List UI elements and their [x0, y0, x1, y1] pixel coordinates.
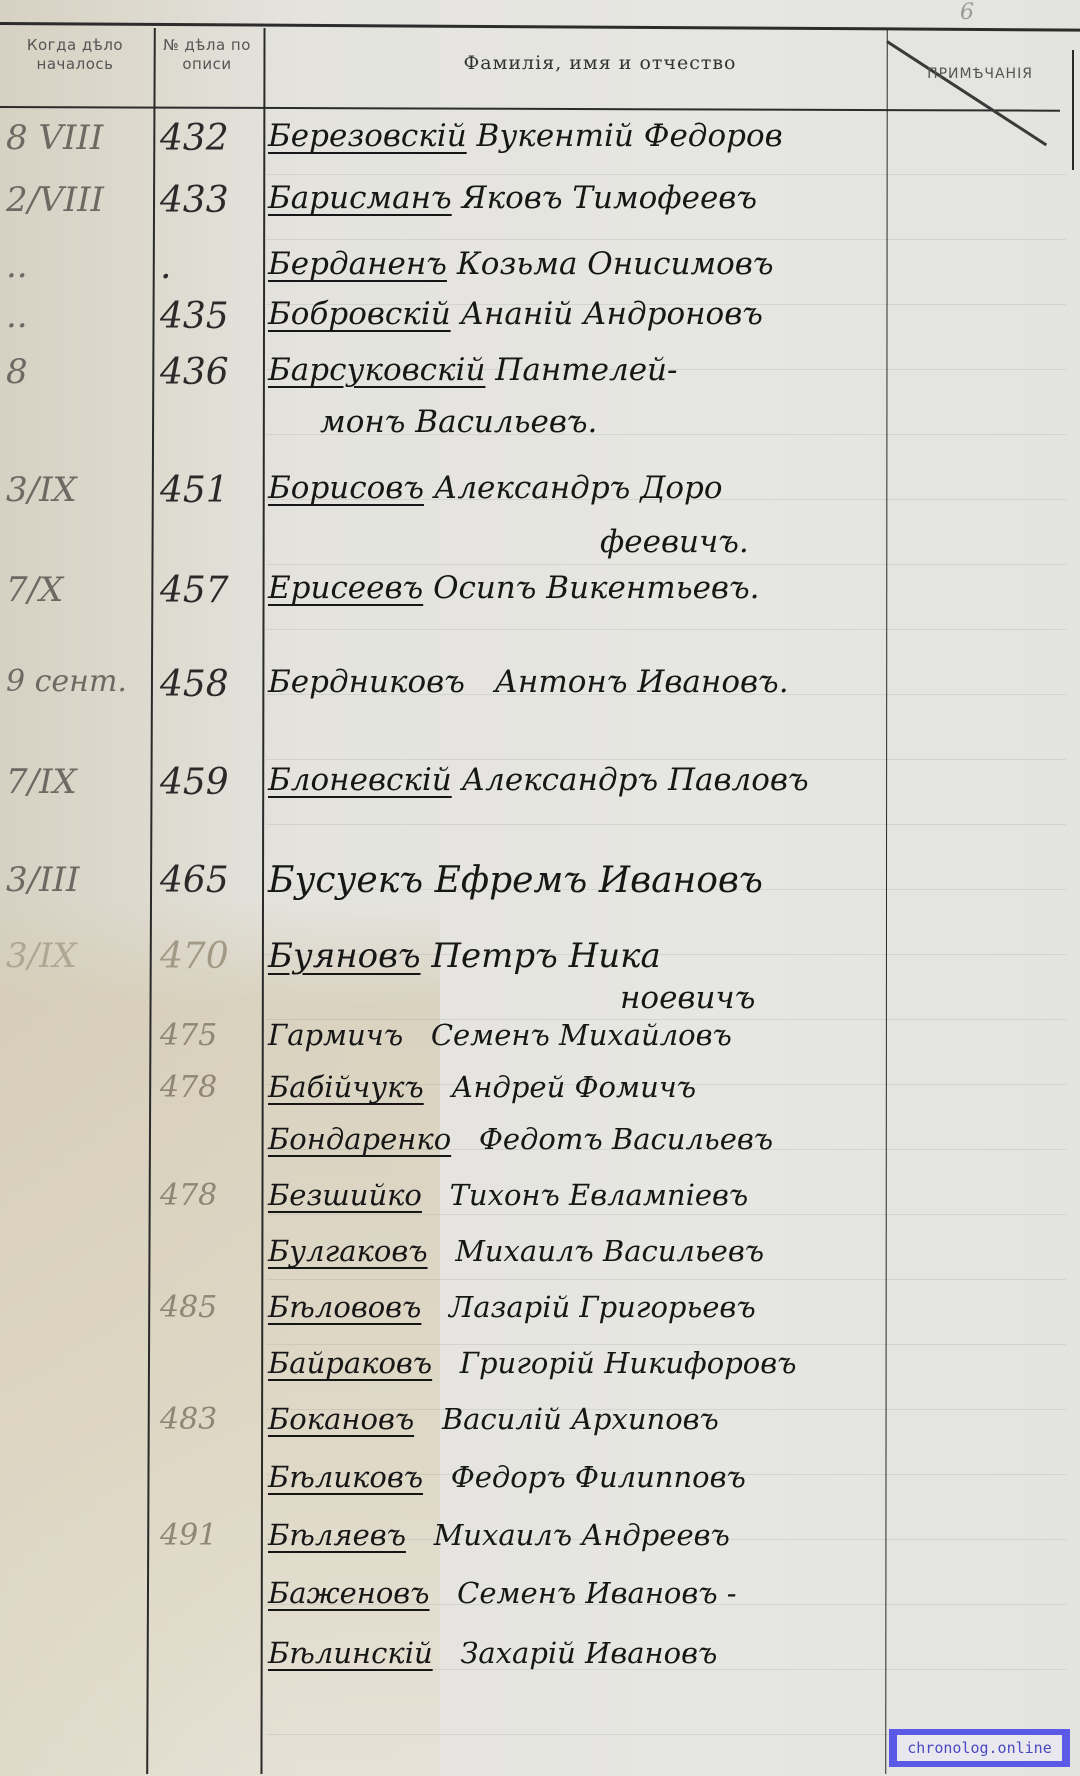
entry-given-name: Семенъ Михайловъ [431, 1018, 732, 1052]
entry-surname: Буяновъ [268, 936, 421, 976]
entry-case-no: 436 [160, 352, 270, 393]
entry-name: Бѣликовъ Федоръ Филипповъ [268, 1460, 746, 1494]
entry-given-name: Антонъ Ивановъ. [494, 664, 788, 700]
entry-name: Бобровскій Ананій Андроновъ [268, 296, 763, 332]
watermark-badge: chronolog.online [889, 1729, 1070, 1767]
entry-given-name: Михаилъ Андреевъ [434, 1518, 730, 1552]
entry-case-no: 433 [160, 180, 270, 221]
entry-date: 7/X [6, 570, 146, 610]
entry-case-no: 475 [160, 1018, 270, 1053]
entry-surname: Бѣликовъ [268, 1460, 423, 1494]
entry-given-name: Козьма Онисимовъ [457, 246, 774, 282]
entry-name: Бокановъ Василій Архиповъ [268, 1402, 719, 1436]
entry-given-name: Ефремъ Ивановъ [435, 860, 763, 901]
entry-surname: Барсуковскій [268, 352, 485, 388]
entry-given-name: Федоръ Филипповъ [451, 1460, 746, 1494]
entry-date: .. [6, 296, 146, 336]
entry-date: 2/VIII [6, 180, 146, 220]
entry-date: 3/IX [6, 936, 146, 976]
entry-name: Буяновъ Петръ Ника [268, 936, 661, 976]
entry-name: Березовскій Вукентій Федоров [268, 118, 783, 154]
entry-given-name: Петръ Ника [431, 936, 660, 976]
entry-case-no: 491 [160, 1518, 270, 1553]
header-top-rule [0, 22, 1080, 32]
entry-date: .. [6, 246, 146, 286]
entry-given-name: Василій Архиповъ [442, 1402, 719, 1436]
header-date: Когда дѣло началось [2, 36, 148, 74]
entry-case-no: 478 [160, 1070, 270, 1105]
entry-given-name: Яковъ Тимофеевъ [462, 180, 757, 216]
entry-surname: Гармичъ [268, 1018, 403, 1052]
entry-surname: Баженовъ [268, 1576, 430, 1610]
entry-name: Ерисеевъ Осипъ Викентьевъ. [268, 570, 760, 606]
entry-name: Бусуекъ Ефремъ Ивановъ [268, 860, 763, 901]
entry-case-no: . [160, 246, 270, 287]
entry-surname: Безшийко [268, 1178, 422, 1212]
entry-surname: Борисовъ [268, 470, 424, 506]
entry-name: Бондаренко Федотъ Васильевъ [268, 1122, 773, 1156]
entry-continuation: ноевичъ [620, 980, 755, 1016]
entry-given-name: Семенъ Ивановъ - [457, 1576, 736, 1610]
page-number: 6 [960, 0, 974, 25]
entry-date: 3/IX [6, 470, 146, 510]
entry-surname: Бѣлововъ [268, 1290, 421, 1324]
entry-case-no: 483 [160, 1402, 270, 1437]
entry-case-no: 458 [160, 664, 270, 705]
entry-surname: Берданенъ [268, 246, 447, 282]
entry-given-name: Михаилъ Васильевъ [455, 1234, 764, 1268]
entry-given-name: Федотъ Васильевъ [479, 1122, 773, 1156]
entry-surname: Барисманъ [268, 180, 452, 216]
entry-date: 3/III [6, 860, 146, 900]
entry-surname: Блоневскій [268, 762, 452, 798]
entry-case-no: 435 [160, 296, 270, 337]
entry-case-no: 457 [160, 570, 270, 611]
entry-name: Бѣлововъ Лазарій Григорьевъ [268, 1290, 756, 1324]
entry-surname: Бусуекъ [268, 860, 423, 901]
entry-given-name: Григорій Никифоровъ [460, 1346, 797, 1380]
entry-name: Бабійчукъ Андрей Фомичъ [268, 1070, 696, 1104]
header-case-no: № дѣла по описи [152, 36, 262, 74]
entry-date: 8 VIII [6, 118, 146, 158]
entry-case-no: 478 [160, 1178, 270, 1213]
entry-name: Байраковъ Григорій Никифоровъ [268, 1346, 796, 1380]
entry-case-no: 459 [160, 762, 270, 803]
entry-given-name: Пантелей- [495, 352, 677, 388]
entry-given-name: Ананій Андроновъ [461, 296, 763, 332]
entry-surname: Булгаковъ [268, 1234, 428, 1268]
entry-name: Бѣлинскій Захарій Ивановъ [268, 1636, 717, 1670]
entry-given-name: Вукентій Федоров [477, 118, 783, 154]
entry-name: Безшийко Тихонъ Евлампіевъ [268, 1178, 748, 1212]
entry-date: 7/IX [6, 762, 146, 802]
entry-case-no: 432 [160, 118, 270, 159]
entry-name: Борисовъ Александръ Доро [268, 470, 723, 506]
entry-continuation: феевичъ. [600, 524, 749, 560]
entry-name: Берданенъ Козьма Онисимовъ [268, 246, 774, 282]
entry-name: Барисманъ Яковъ Тимофеевъ [268, 180, 757, 216]
entry-name: Бѣляевъ Михаилъ Андреевъ [268, 1518, 730, 1552]
entry-name: Блоневскій Александръ Павловъ [268, 762, 809, 798]
entry-continuation: монъ Васильевъ. [320, 404, 597, 440]
entry-surname: Байраковъ [268, 1346, 432, 1380]
entry-surname: Бобровскій [268, 296, 451, 332]
entry-surname: Ерисеевъ [268, 570, 423, 606]
entry-date: 9 сент. [6, 664, 146, 699]
header-name: Фамилія, имя и отчество [390, 52, 810, 76]
entry-surname: Бабійчукъ [268, 1070, 424, 1104]
entry-case-no: 465 [160, 860, 270, 901]
entry-name: Баженовъ Семенъ Ивановъ - [268, 1576, 737, 1610]
entry-surname: Березовскій [268, 118, 467, 154]
entry-given-name: Осипъ Викентьевъ. [433, 570, 759, 606]
entry-name: Булгаковъ Михаилъ Васильевъ [268, 1234, 764, 1268]
entry-given-name: Андрей Фомичъ [451, 1070, 696, 1104]
entry-surname: Бѣляевъ [268, 1518, 406, 1552]
entry-case-no: 485 [160, 1290, 270, 1325]
entry-given-name: Тихонъ Евлампіевъ [450, 1178, 749, 1212]
entry-name: Барсуковскій Пантелей- [268, 352, 678, 388]
entry-given-name: Лазарій Григорьевъ [449, 1290, 756, 1324]
entry-surname: Бѣлинскій [268, 1636, 433, 1670]
header-notes: ПРИМѢЧАНІЯ [890, 66, 1070, 84]
entry-name: Гармичъ Семенъ Михайловъ [268, 1018, 732, 1052]
page-edge-line [1072, 50, 1074, 170]
entry-case-no: 470 [160, 936, 270, 977]
entry-given-name: Александръ Павловъ [462, 762, 809, 798]
entry-surname: Бондаренко [268, 1122, 451, 1156]
entry-surname: Бердниковъ [268, 664, 465, 700]
entry-given-name: Захарій Ивановъ [460, 1636, 717, 1670]
entry-name: Бердниковъ Антонъ Ивановъ. [268, 664, 789, 700]
watermark-text: chronolog.online [897, 1735, 1062, 1761]
entry-surname: Бокановъ [268, 1402, 414, 1436]
entry-given-name: Александръ Доро [434, 470, 723, 506]
entry-date: 8 [6, 352, 146, 392]
entry-case-no: 451 [160, 470, 270, 511]
archive-register-page: 6 Когда дѣло началось № дѣла по описи Фа… [0, 0, 1080, 1776]
